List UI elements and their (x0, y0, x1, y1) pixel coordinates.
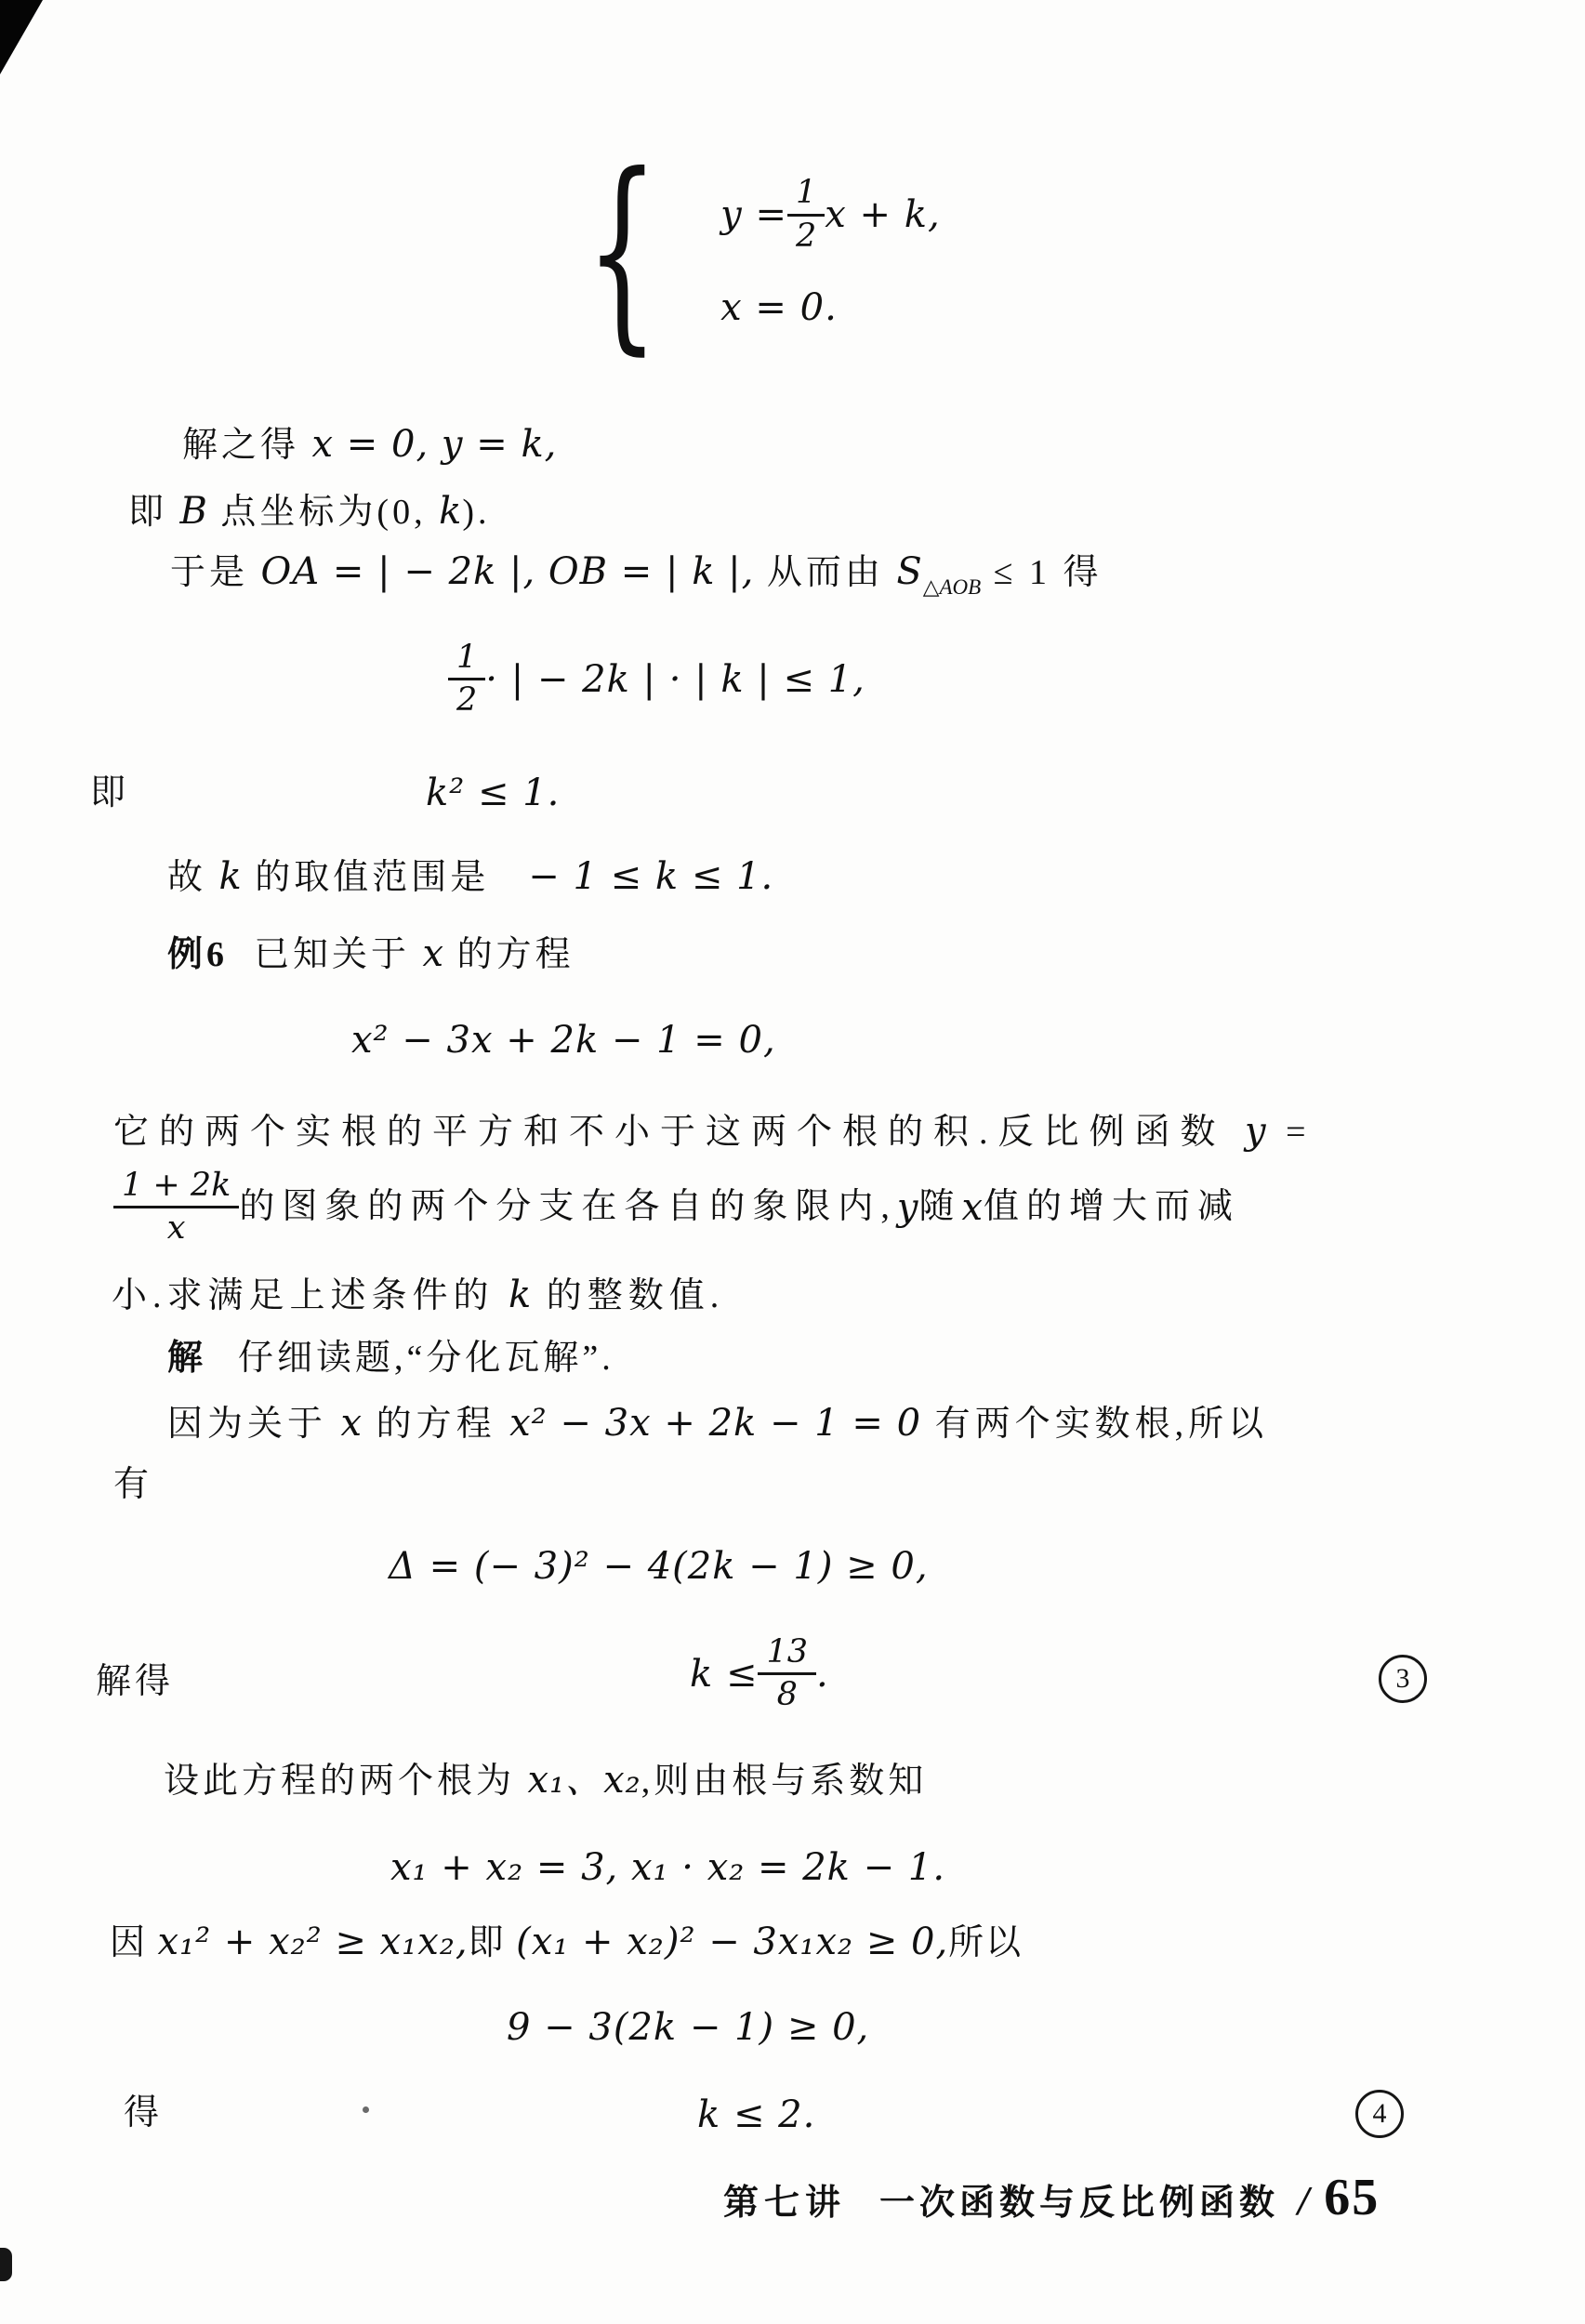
text-segment: 有两个实数根,所以 (921, 1405, 1268, 1444)
connective-label-jiede: 解得 (96, 1662, 174, 1703)
math-segment: − 1 ≤ k ≤ 1. (528, 855, 773, 898)
solution-line-oa-ob: 于是 OA = | − 2k |, OB = | k |, 从而由 S△AOB … (170, 550, 1103, 600)
equation-9-minus: 9 − 3(2k − 1) ≥ 0, (507, 2006, 869, 2050)
text-segment: 已知关于 (254, 935, 423, 974)
math-segment: (x₁ + x₂)² − 3x₁x₂ ≥ 0, (516, 1921, 948, 1963)
equation-area-inequality: 1 2 · | − 2k | · | k | ≤ 1, (448, 640, 865, 719)
math-segment: x (423, 932, 445, 975)
subscript-triangle-aob: △AOB (923, 575, 981, 599)
tag-number: 3 (1396, 1663, 1410, 1695)
system-of-equations: { y = 1 2 x + k, x = 0. (586, 141, 941, 363)
math-segment: 9 − 3(2k − 1) ≥ 0, (507, 2006, 869, 2049)
text-segment: 于是 (170, 553, 261, 592)
connective-label-ji: 即 (90, 773, 129, 814)
text-segment: ,则由根与系数知 (641, 1762, 928, 1801)
math-segment: B (180, 490, 208, 533)
tag-number: 4 (1373, 2098, 1387, 2130)
solution-line-solve: 解之得 x = 0, y = k, (182, 423, 557, 467)
chapter-title: 一次函数与反比例函数 (879, 2173, 1279, 2225)
solution-line-because: 因为关于 x 的方程 x² − 3x + 2k − 1 = 0 有两个实数根,所… (167, 1402, 1268, 1446)
math-segment: x₁、x₂ (528, 1759, 641, 1802)
text-segment: 从而由 (754, 553, 896, 592)
text-segment: 点坐标为(0, (208, 493, 439, 532)
math-segment: y (897, 1186, 919, 1229)
math-segment: . (816, 1653, 829, 1696)
text-segment: 即 (128, 493, 180, 532)
math-segment: x + k, (825, 193, 940, 236)
math-segment: k (509, 1274, 532, 1316)
left-brace: { (586, 141, 659, 363)
math-segment: x² − 3x + 2k − 1 = 0, (351, 1019, 776, 1062)
solution-line-point-b: 即 B 点坐标为(0, k). (128, 490, 490, 534)
text-segment: 的取值范围是 (243, 858, 490, 897)
math-segment: x = 0, y = k, (312, 423, 558, 466)
fraction-one-half: 1 2 (787, 175, 825, 254)
equation-quadratic: x² − 3x + 2k − 1 = 0, (351, 1019, 776, 1063)
numerator: 1 (787, 175, 825, 216)
problem-text-line-1: 它的两个实根的平方和不小于这两个根的积.反比例函数 y = (113, 1110, 1316, 1154)
solution-line-inequality: 因 x₁² + x₂² ≥ x₁x₂,即 (x₁ + x₂)² − 3x₁x₂ … (110, 1921, 1023, 1964)
math-segment: x = 0. (720, 286, 838, 329)
connective-label-de: 得 (124, 2093, 163, 2134)
text-segment: 解之得 (182, 426, 312, 465)
equation-k-le-13-8: k ≤ 13 8 . (690, 1634, 829, 1713)
system-rows: y = 1 2 x + k, x = 0. (720, 175, 941, 328)
scanned-textbook-page: { y = 1 2 x + k, x = 0. 解之得 x = 0, y = k… (0, 0, 1585, 2324)
text-segment: 即 (90, 773, 129, 812)
math-segment: x (961, 1186, 984, 1229)
fraction-one-half: 1 2 (448, 640, 485, 719)
scan-artifact-top-left (0, 0, 43, 74)
page-number: 65 (1324, 2168, 1380, 2227)
solution-line-roots: 设此方程的两个根为 x₁、x₂,则由根与系数知 (164, 1759, 927, 1802)
solution-line-you: 有 (113, 1465, 152, 1506)
page-footer: 第七讲 一次函数与反比例函数 / 65 (723, 2168, 1380, 2227)
text-segment: 所以 (948, 1923, 1023, 1962)
problem-text-line-3: 小.求满足上述条件的 k 的整数值. (112, 1274, 724, 1317)
denominator: x (167, 1208, 186, 1247)
text-segment: 解得 (96, 1662, 174, 1701)
chapter-label: 第七讲 (723, 2173, 846, 2225)
text-segment: 的方程 (363, 1405, 509, 1444)
text-segment: 仔细读题,“分化瓦解”. (238, 1339, 614, 1378)
text-segment: 得 (124, 2093, 163, 2133)
math-segment: Δ = (− 3)² − 4(2k − 1) ≥ 0, (389, 1545, 929, 1588)
text-segment: 的图象的两个分支在各自的象限内, (239, 1187, 897, 1228)
equation-tag-3: 3 (1379, 1655, 1427, 1703)
text-segment: 因 (110, 1923, 158, 1962)
text-segment: 小.求满足上述条件的 (112, 1276, 509, 1315)
math-segment: x² − 3x + 2k − 1 = 0 (509, 1402, 921, 1445)
scan-artifact-dot (363, 2106, 369, 2113)
math-segment: S (896, 550, 922, 593)
math-segment: x₁² + x₂² ≥ x₁x₂, (158, 1921, 469, 1963)
math-segment: k ≤ (690, 1653, 758, 1696)
fraction-13-over-8: 13 8 (758, 1634, 816, 1713)
equation-k-squared: k² ≤ 1. (426, 772, 560, 815)
fraction-1-plus-2k-over-x: 1 + 2k x (113, 1168, 239, 1247)
text-segment: 值的增大而减 (984, 1187, 1240, 1228)
math-segment: k (219, 855, 243, 898)
example-number: 例6 (167, 935, 228, 974)
math-segment: k (439, 490, 462, 533)
text-segment: ). (462, 493, 490, 532)
footer-separator: / (1298, 2177, 1309, 2225)
text-segment: 它的两个实根的平方和不小于这两个根的积.反比例函数 (113, 1113, 1245, 1152)
scan-artifact-bottom-left (0, 2248, 12, 2281)
numerator: 1 + 2k (113, 1168, 239, 1208)
problem-text-line-2: 1 + 2k x 的图象的两个分支在各自的象限内,y 随 x 值的增大而减 (113, 1168, 1240, 1247)
text-segment: ≤ 1 得 (981, 553, 1102, 592)
math-segment: y = (720, 193, 787, 236)
text-segment: 故 (167, 858, 219, 897)
equation-vieta: x₁ + x₂ = 3, x₁ · x₂ = 2k − 1. (390, 1846, 945, 1890)
math-segment: · | − 2k | · | k | ≤ 1, (485, 658, 865, 701)
math-segment: x (341, 1402, 363, 1445)
equation-k-le-2: k ≤ 2. (697, 2093, 815, 2137)
math-segment: OA = | − 2k |, OB = | k |, (261, 550, 755, 593)
text-segment: 的整数值. (532, 1276, 724, 1315)
text-segment: 随 (918, 1187, 961, 1228)
text-segment: 因为关于 (167, 1405, 341, 1444)
numerator: 13 (758, 1634, 816, 1675)
denominator: 2 (456, 680, 477, 719)
text-segment: 有 (113, 1465, 152, 1504)
example-6-heading: 例6已知关于 x 的方程 (167, 932, 575, 976)
denominator: 8 (777, 1675, 798, 1713)
text-segment: = (1267, 1113, 1316, 1152)
denominator: 2 (796, 217, 816, 255)
text-segment: 的方程 (444, 935, 575, 974)
math-segment: y (1245, 1110, 1267, 1153)
text-segment: 即 (469, 1923, 517, 1962)
math-segment: x₁ + x₂ = 3, x₁ · x₂ = 2k − 1. (390, 1846, 945, 1889)
solve-label: 解 (167, 1339, 206, 1378)
math-segment: k² ≤ 1. (426, 772, 560, 814)
solution-line-k-range: 故 k 的取值范围是− 1 ≤ k ≤ 1. (167, 855, 773, 899)
math-segment: k ≤ 2. (697, 2093, 815, 2136)
system-equation-1: y = 1 2 x + k, (720, 175, 941, 254)
system-equation-2: x = 0. (720, 286, 941, 329)
text-segment: 设此方程的两个根为 (164, 1762, 528, 1801)
equation-tag-4: 4 (1355, 2090, 1404, 2138)
equation-discriminant: Δ = (− 3)² − 4(2k − 1) ≥ 0, (389, 1545, 929, 1589)
numerator: 1 (448, 640, 485, 680)
solution-heading: 解仔细读题,“分化瓦解”. (167, 1339, 614, 1380)
